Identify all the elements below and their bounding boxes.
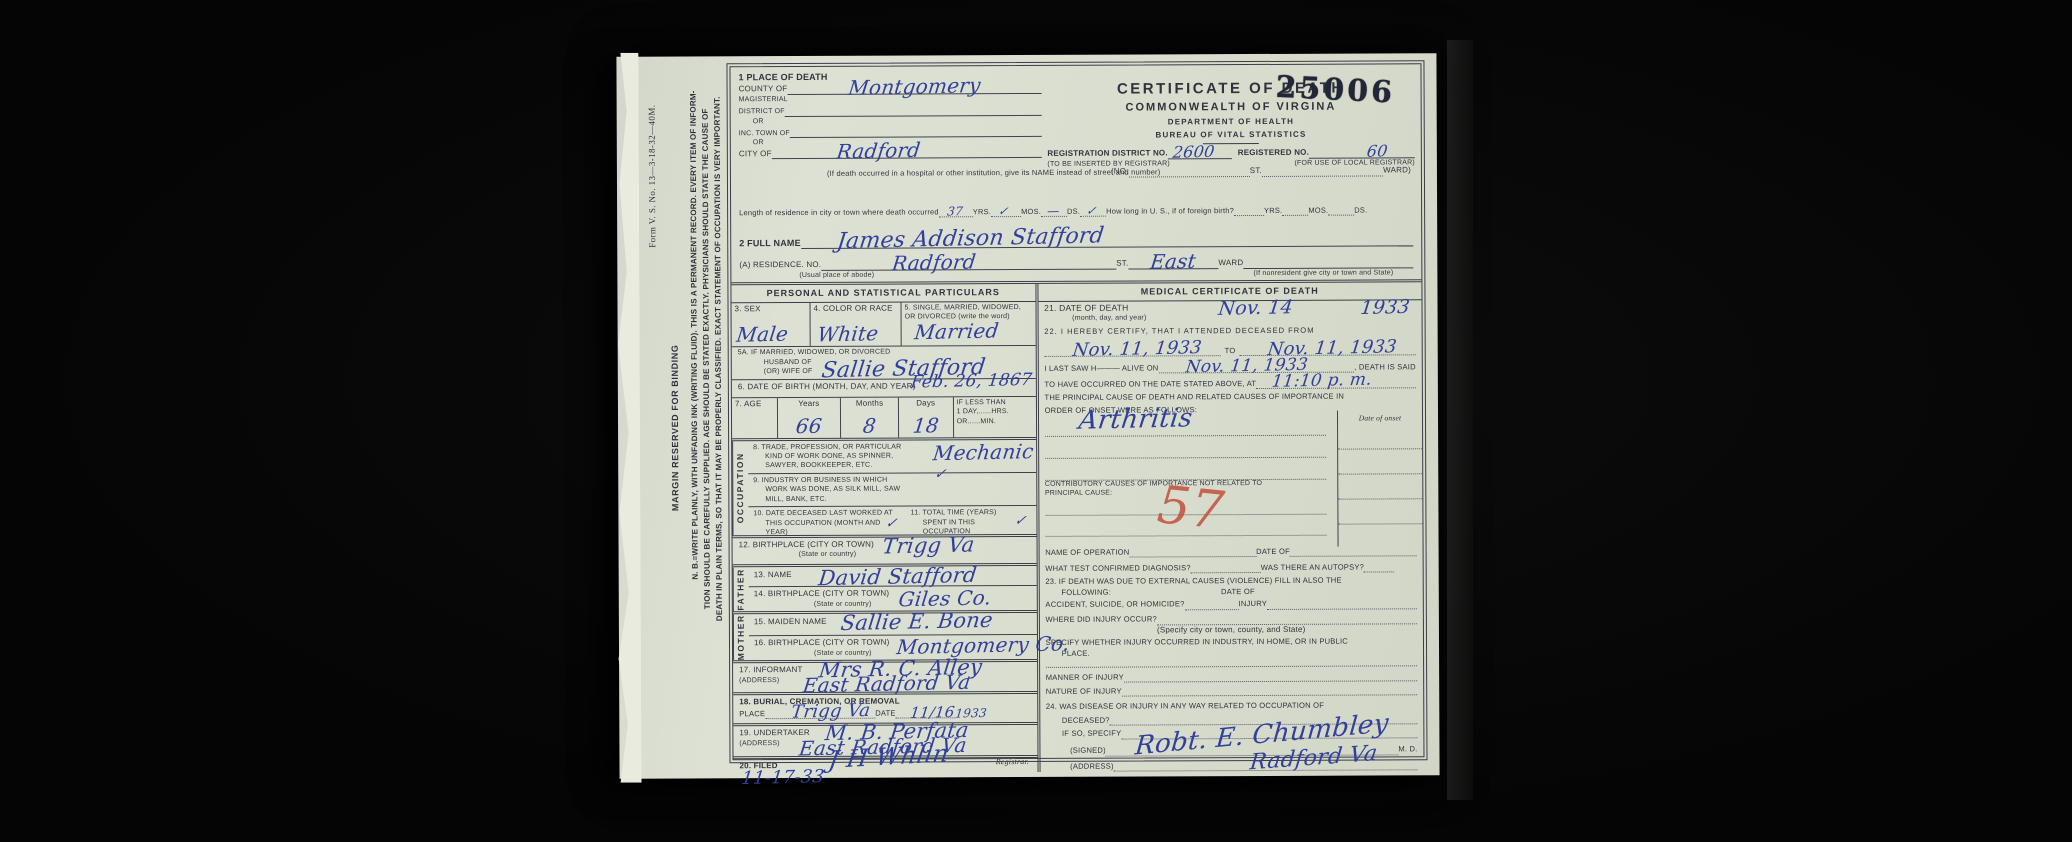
industry-check: ✓: [933, 469, 946, 480]
if-less-label-2: 1 DAY,......HRS.: [957, 407, 1033, 417]
last-saw-label: I LAST SAW H——— ALIVE ON: [1044, 363, 1158, 374]
dod-label: 21. DATE OF DEATH: [1044, 302, 1128, 312]
dob-label: 6. DATE OF BIRTH (month, day, and year): [738, 382, 916, 392]
manner-row: MANNER OF INJURY: [1040, 667, 1423, 684]
abode-note: (Usual place of abode): [799, 271, 874, 281]
city-value: Radford: [835, 142, 921, 160]
yrs-mark: ✓: [998, 207, 1009, 217]
yrs-label: YRS.: [973, 207, 991, 217]
mos2-label: MOS.: [1308, 206, 1328, 216]
if-so-label: IF SO, SPECIFY: [1046, 729, 1121, 740]
burial-place-value: Trigg Va: [791, 704, 872, 720]
burial-place-label: PLACE: [739, 709, 765, 719]
injury-label: INJURY: [1239, 599, 1268, 609]
cause-lines-area: Arthritis: [1039, 414, 1333, 479]
nb-note-line3: DEATH IN PLAIN TERMS, SO THAT IT MAY BE …: [713, 96, 724, 621]
inc-town-line: [790, 126, 1041, 138]
registrar-signature: J H Whlin: [827, 744, 950, 770]
operation-date-label: DATE OF: [1256, 547, 1290, 557]
occurred-label: TO HAVE OCCURRED ON THE DATE STATED ABOV…: [1044, 379, 1256, 390]
registrar-label: Registrar.: [996, 757, 1029, 768]
manner-label: MANNER OF INJURY: [1046, 673, 1124, 684]
ds-mark: ✓: [1086, 207, 1097, 217]
paper-torn-edge: [608, 53, 641, 783]
res-st-label: ST.: [1116, 259, 1128, 270]
full-name-label: 2 FULL NAME: [739, 237, 801, 249]
attended-row: Nov. 11, 1933 TO Nov. 11, 1933: [1038, 336, 1421, 358]
city-label: CITY OF: [739, 149, 772, 160]
age-label: 7. AGE: [735, 399, 762, 408]
date-of-onset-label: Date of onset: [1338, 411, 1422, 424]
registered-no-value: 60: [1366, 145, 1388, 158]
nature-label: NATURE OF INJURY: [1046, 686, 1122, 697]
occupation-side-label: OCCUPATION: [732, 441, 748, 535]
years-label: Years: [780, 399, 837, 410]
race-value: White: [817, 325, 880, 342]
where-sub-note: (Specify city or town, county, and State…: [1157, 624, 1306, 635]
ds-label: DS.: [1067, 207, 1080, 217]
last-worked-label-3: year): [753, 528, 900, 538]
bureau-line: BUREAU OF VITAL STATISTICS: [1041, 129, 1421, 141]
last-worked-check: ✓: [885, 519, 898, 530]
county-label: COUNTY OF: [739, 84, 788, 95]
dob-row: 6. DATE OF BIRTH (month, day, and year) …: [732, 379, 1036, 398]
birthplace-row: 12. BIRTHPLACE (city or town) (State or …: [733, 537, 1037, 568]
age-row: 7. AGE Years 66 Months 8 Days: [732, 397, 1036, 441]
occurred-row: TO HAVE OCCURRED ON THE DATE STATED ABOV…: [1038, 372, 1421, 390]
residence-length-label: Length of residence in city or town wher…: [739, 207, 939, 218]
related-row: 24. WAS DISEASE OR INJURY IN ANY WAY REL…: [1040, 695, 1423, 712]
mother-name-value: Sallie E. Bone: [840, 612, 994, 632]
last-worked-label-2: THIS OCCUPATION (month and: [753, 518, 900, 528]
full-name-value: James Addison Stafford: [836, 228, 1105, 251]
sex-label: 3. SEX: [735, 304, 807, 315]
sex-value: Male: [736, 326, 789, 343]
external-label-2: FOLLOWING:: [1045, 587, 1111, 598]
nb-note-line1: N. B.=WRITE PLAINLY, WITH UNFADING INK (…: [689, 90, 700, 579]
father-bp-value: Giles Co.: [898, 589, 992, 607]
date-of-onset-box: Date of onset: [1337, 411, 1423, 547]
residence-length-value: 37: [946, 208, 963, 218]
signed-label: (SIGNED): [1046, 746, 1106, 757]
informant-addr-value: East Radford Va: [802, 674, 971, 694]
residence-label: (A) RESIDENCE. NO.: [739, 260, 821, 271]
occupation-group: OCCUPATION 8. TRADE, PROFESSION, OR PART…: [732, 440, 1036, 538]
days-label: Days: [902, 398, 950, 409]
ward-label: WARD): [1383, 166, 1411, 177]
deceased-label: DECEASED?: [1046, 715, 1110, 726]
date-of-injury-label-top: DATE OF: [1221, 587, 1255, 597]
mother-name-label: 15. MAIDEN NAME: [754, 617, 827, 626]
personal-title: PERSONAL AND STATISTICAL PARTICULARS: [731, 284, 1035, 302]
informant-label: 17. INFORMANT: [739, 665, 803, 674]
nonresident-note: (If nonresident give city or town and St…: [1253, 268, 1393, 278]
father-name-value: David Stafford: [818, 567, 978, 587]
if-less-label-1: IF LESS THAN: [957, 398, 1033, 408]
yrs2-label: YRS.: [1264, 206, 1282, 216]
autopsy-label: WAS THERE AN AUTOPSY?: [1261, 562, 1364, 573]
accident-row: ACCIDENT, SUICIDE, OR HOMICIDE? INJURY: [1039, 596, 1422, 611]
operation-label: NAME OF OPERATION: [1045, 547, 1129, 558]
form-border: 1 PLACE OF DEATH COUNTY OF Montgomery MA…: [726, 60, 1427, 763]
mother-bp-label: 16. BIRTHPLACE (city or town): [754, 637, 890, 647]
district-label: DISTRICT OF: [739, 107, 785, 117]
residence-value: Radford: [891, 253, 977, 271]
city-line: Radford: [772, 147, 1042, 159]
where-label: WHERE DID INJURY OCCUR?: [1045, 615, 1157, 626]
test-label: WHAT TEST CONFIRMED DIAGNOSIS?: [1045, 563, 1191, 574]
nb-note-line2: TION SHOULD BE CAREFULLY SUPPLIED. AGE S…: [701, 108, 712, 609]
dob-value: Feb. 26, 1867: [910, 374, 1033, 390]
age-years-value: 66: [795, 417, 823, 434]
address-label: (ADDRESS): [1046, 762, 1114, 773]
age-days-value: 18: [912, 417, 940, 434]
father-side-label: FATHER: [733, 567, 749, 611]
dod-value: Nov. 14: [1217, 300, 1293, 317]
total-time-label-1: 11. TOTAL TIME (YEARS): [911, 508, 1031, 518]
mos-label: MOS.: [1021, 207, 1041, 217]
inc-town-label: INC. TOWN OF: [739, 129, 790, 139]
accident-label: ACCIDENT, SUICIDE, OR HOMICIDE?: [1045, 600, 1184, 611]
birthplace-label: 12. BIRTHPLACE (city or town): [739, 539, 875, 549]
months-label: Months: [844, 399, 895, 410]
county-value: Montgomery: [847, 77, 981, 96]
age-months-value: 8: [862, 417, 877, 433]
header-section: 1 PLACE OF DEATH COUNTY OF Montgomery MA…: [730, 64, 1421, 205]
industry-row: 9. INDUSTRY OR BUSINESS IN WHICH WORK WA…: [748, 473, 1036, 508]
or-word-1: OR: [739, 116, 1042, 127]
certificate-stamp-number: 25006: [1274, 68, 1395, 114]
date-of-death-row: 21. DATE OF DEATH (month, day, and year)…: [1038, 300, 1421, 324]
columns-section: PERSONAL AND STATISTICAL PARTICULARS 3. …: [731, 283, 1423, 774]
certificate-title-block: 25006 CERTIFICATE OF DEATH COMMONWEALTH …: [1041, 64, 1421, 204]
medical-column: MEDICAL CERTIFICATE OF DEATH 21. DATE OF…: [1035, 283, 1424, 773]
dod-year: 1933: [1359, 299, 1410, 315]
res-ward-label: WARD: [1218, 258, 1243, 269]
res-st-value: East: [1149, 253, 1197, 270]
cause-of-death-value: Arthritis: [1077, 408, 1193, 431]
occurred-time-value: 11:10 p. m.: [1271, 374, 1373, 390]
registration-district-label: REGISTRATION DISTRICT NO.: [1047, 148, 1167, 159]
form-number-vertical: Form V. S. No. 13—3-18-32—40M.: [647, 105, 658, 248]
to-label: TO: [1225, 346, 1236, 356]
place-of-death-block: 1 PLACE OF DEATH COUNTY OF Montgomery MA…: [730, 66, 1041, 205]
burial-date-label: DATE: [875, 709, 896, 719]
last-worked-label-1: 10. DATE DECEASED LAST WORKED AT: [753, 509, 900, 519]
informant-row: 17. INFORMANT (ADDRESS) Mrs R. C. Alley …: [733, 662, 1037, 696]
father-name-row: 13. NAME David Stafford: [749, 566, 1037, 587]
industry-label-3: MILL, BANK, ETC.: [753, 494, 1031, 505]
marital-value: Married: [914, 323, 1000, 341]
hospital-note: (If death occurred in a hospital or othe…: [827, 167, 1297, 179]
mos-mark: —: [1047, 207, 1060, 217]
district-line: [785, 105, 1042, 117]
specify-answer-line: [1040, 658, 1423, 669]
race-label: 4. COLOR OR RACE: [813, 303, 897, 314]
birthplace-value: Trigg Va: [881, 536, 975, 555]
registered-no-label: REGISTERED NO.: [1238, 148, 1309, 159]
nature-row: NATURE OF INJURY: [1040, 681, 1423, 697]
registration-district-value: 2600: [1172, 146, 1215, 160]
full-name-row: 2 FULL NAME James Addison Stafford: [731, 218, 1421, 249]
form-body: 1 PLACE OF DEATH COUNTY OF Montgomery MA…: [729, 63, 1424, 760]
county-line: Montgomery: [787, 83, 1041, 95]
trade-row: 8. TRADE, PROFESSION, OR PARTICULAR KIND…: [748, 440, 1036, 475]
father-name-label: 13. NAME: [754, 570, 792, 579]
where-injury-row: WHERE DID INJURY OCCUR?: [1039, 609, 1422, 626]
md-label: M. D.: [1398, 745, 1417, 755]
trade-value: Mechanic: [932, 443, 1035, 461]
ds2-label: DS.: [1354, 205, 1367, 215]
total-time-check: ✓: [1013, 516, 1026, 527]
mother-group: MOTHER 15. MAIDEN NAME Sallie E. Bone 16…: [733, 613, 1037, 663]
filed-value: 11-17-33: [741, 770, 825, 786]
department-line: DEPARTMENT OF HEALTH: [1041, 116, 1421, 128]
burial-date-value: 11/16: [909, 706, 955, 719]
marital-label-1: 5. SINGLE, MARRIED, WIDOWED,: [905, 303, 1033, 313]
certificate-paper: Form V. S. No. 13—3-18-32—40M. MARGIN RE…: [616, 53, 1439, 779]
red-pencil-number: 57: [1154, 471, 1227, 548]
filed-row: 20. FILED 11-17-33 J H Whlin Registrar.: [733, 758, 1037, 774]
test-autopsy-row: WHAT TEST CONFIRMED DIAGNOSIS? WAS THERE…: [1039, 556, 1422, 574]
scan-background: Form V. S. No. 13—3-18-32—40M. MARGIN RE…: [0, 0, 2072, 842]
mother-side-label: MOTHER: [733, 614, 749, 660]
personal-column: PERSONAL AND STATISTICAL PARTICULARS 3. …: [731, 284, 1037, 773]
foreign-birth-label: How long in U. S., if of foreign birth?: [1106, 206, 1234, 217]
sex-race-marital-row: 3. SEX Male 4. COLOR OR RACE White 5. SI…: [732, 302, 1036, 348]
undertaker-label: 19. UNDERTAKER: [739, 728, 810, 737]
if-less-label-3: OR......MIN.: [957, 417, 1033, 427]
father-bp-label: 14. BIRTHPLACE (city or town): [754, 589, 890, 599]
binding-margin-note: MARGIN RESERVED FOR BINDING: [670, 345, 681, 512]
